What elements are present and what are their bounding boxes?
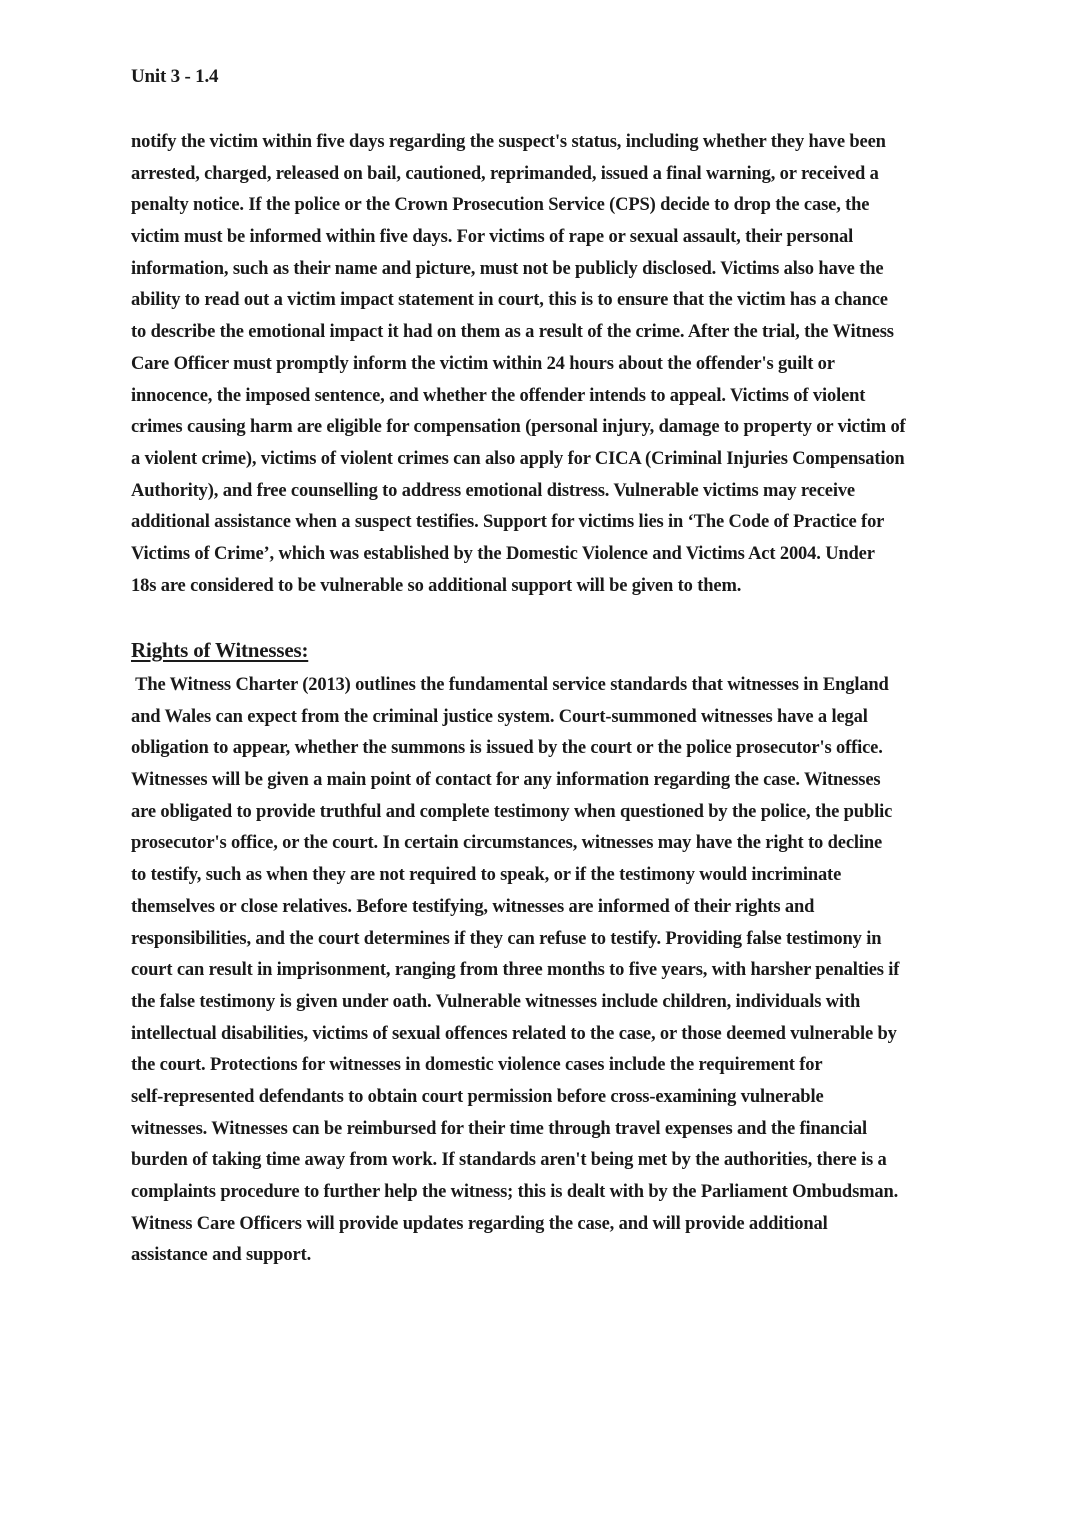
paragraph-line: information, such as their name and pict…: [131, 254, 961, 286]
paragraph-line: additional assistance when a suspect tes…: [131, 507, 961, 539]
paragraph-line: penalty notice. If the police or the Cro…: [131, 190, 961, 222]
paragraph-line: self-represented defendants to obtain co…: [131, 1082, 961, 1114]
paragraph-line: prosecutor's office, or the court. In ce…: [131, 828, 961, 860]
paragraph-line: obligation to appear, whether the summon…: [131, 733, 961, 765]
paragraph-line: are obligated to provide truthful and co…: [131, 797, 961, 829]
paragraph-line: victim must be informed within five days…: [131, 222, 961, 254]
paragraph-line: court can result in imprisonment, rangin…: [131, 955, 961, 987]
paragraph-line: innocence, the imposed sentence, and whe…: [131, 381, 961, 413]
paragraph-line: ability to read out a victim impact stat…: [131, 285, 961, 317]
paragraph-line: burden of taking time away from work. If…: [131, 1145, 961, 1177]
paragraph-line: 18s are considered to be vulnerable so a…: [131, 571, 961, 603]
paragraph-line: complaints procedure to further help the…: [131, 1177, 961, 1209]
paragraph-line: a violent crime), victims of violent cri…: [131, 444, 961, 476]
paragraph-line: Witness Care Officers will provide updat…: [131, 1209, 961, 1241]
paragraph-line: Victims of Crime’, which was established…: [131, 539, 961, 571]
paragraph-line: assistance and support.: [131, 1240, 961, 1272]
paragraph-line: intellectual disabilities, victims of se…: [131, 1019, 961, 1051]
paragraph-line: themselves or close relatives. Before te…: [131, 892, 961, 924]
paragraph-line: responsibilities, and the court determin…: [131, 924, 961, 956]
paragraph-line: Witnesses will be given a main point of …: [131, 765, 961, 797]
paragraph-line: notify the victim within five days regar…: [131, 127, 961, 159]
section-heading-rights-of-witnesses: Rights of Witnesses:: [131, 638, 308, 663]
paragraph-line: the false testimony is given under oath.…: [131, 987, 961, 1019]
paragraph-line: to testify, such as when they are not re…: [131, 860, 961, 892]
paragraph-line: Authority), and free counselling to addr…: [131, 476, 961, 508]
page-header-unit-label: Unit 3 - 1.4: [131, 66, 218, 88]
paragraph-line: and Wales can expect from the criminal j…: [131, 702, 961, 734]
paragraph-line: the court. Protections for witnesses in …: [131, 1050, 961, 1082]
paragraph-line: crimes causing harm are eligible for com…: [131, 412, 961, 444]
paragraph-line: to describe the emotional impact it had …: [131, 317, 961, 349]
victims-rights-paragraph: notify the victim within five days regar…: [131, 127, 961, 602]
paragraph-line: The Witness Charter (2013) outlines the …: [131, 670, 961, 702]
paragraph-line: Care Officer must promptly inform the vi…: [131, 349, 961, 381]
paragraph-line: witnesses. Witnesses can be reimbursed f…: [131, 1114, 961, 1146]
paragraph-line: arrested, charged, released on bail, cau…: [131, 159, 961, 191]
witnesses-rights-paragraph: The Witness Charter (2013) outlines the …: [131, 670, 961, 1272]
